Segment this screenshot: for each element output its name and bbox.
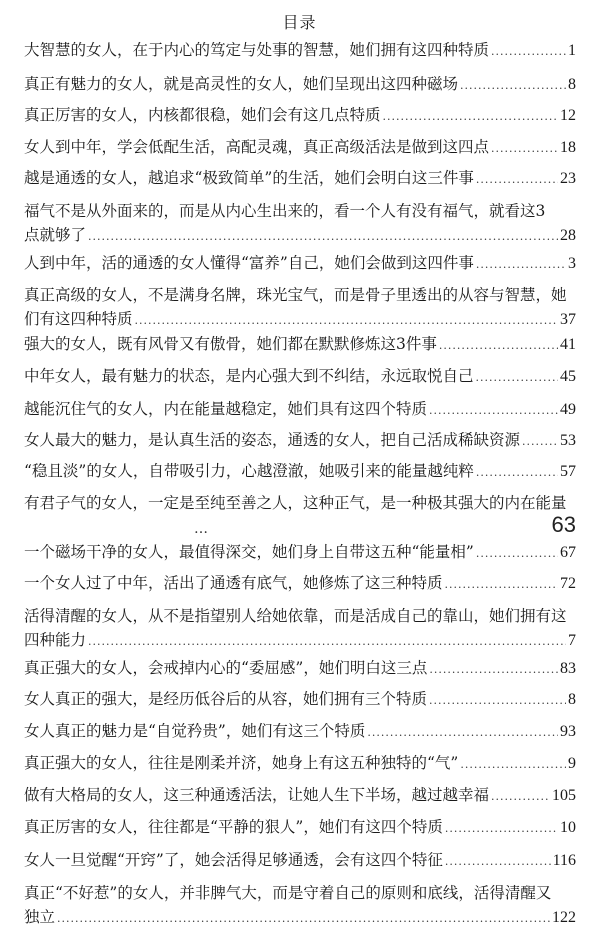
leader-dots xyxy=(135,309,558,333)
page-number: 53 xyxy=(560,429,576,453)
leader-dots xyxy=(439,334,558,358)
entry-title: 女人到中年，学会低配生活，高配灵魂，真正高级活法是做到这四点 xyxy=(24,135,489,159)
toc-entry[interactable]: 越是通透的女人，越追求“极致简单”的生活，她们会明白这三件事23 xyxy=(24,166,576,192)
toc-entry[interactable]: 真正高级的女人，不是满身名牌，珠光宝气，而是骨子里透出的从容与智慧，她 们有这四… xyxy=(24,283,576,333)
page-number: 9 xyxy=(568,752,576,776)
toc-title: 目录 xyxy=(0,10,599,33)
entry-title: 真正强大的女人，会戒掉内心的“委屈感”，她们明白这三点 xyxy=(24,656,427,680)
toc-entry[interactable]: 强大的女人，既有风骨又有傲骨，她们都在默默修炼这3件事41 xyxy=(24,332,576,358)
page-number: 122 xyxy=(552,906,576,929)
page-number: 72 xyxy=(560,572,576,596)
leader-dots xyxy=(88,630,566,654)
leader-dots xyxy=(429,689,566,713)
toc-entry[interactable]: 真正厉害的女人，内核都很稳，她们会有这几点特质12 xyxy=(24,103,576,129)
toc-entry[interactable]: 越能沉住气的女人，内在能量越稳定，她们具有这四个特质49 xyxy=(24,397,576,423)
leader-dots xyxy=(476,461,558,485)
entry-title: 独立 xyxy=(24,905,55,929)
entry-title: 真正强大的女人，往往是刚柔并济，她身上有这五种独特的“气” xyxy=(24,751,458,775)
page-number: 3 xyxy=(568,252,576,276)
entry-title: 女人真正的强大，是经历低谷后的从容，她们拥有三个特质 xyxy=(24,687,427,711)
toc-entry[interactable]: 真正厉害的女人，往往都是“平静的狠人”，她们有这四个特质10 xyxy=(24,815,576,841)
page-number: 41 xyxy=(560,333,576,357)
toc-entry[interactable]: 有君子气的女人，一定是至纯至善之人，这种正气，是一种极其强大的内在能量 … 63 xyxy=(24,491,576,543)
leader-dots xyxy=(429,658,558,682)
entry-title: 女人最大的魅力，是认真生活的姿态，通透的女人，把自己活成稀缺资源 xyxy=(24,428,520,452)
entry-title: 真正厉害的女人，往往都是“平静的狠人”，她们有这四个特质 xyxy=(24,815,443,839)
entry-title: 女人真正的魅力是“自觉矜贵”，她们有这三个特质 xyxy=(24,719,365,743)
toc-entry[interactable]: 女人真正的魅力是“自觉矜贵”，她们有这三个特质93 xyxy=(24,719,576,745)
toc-entry[interactable]: 真正“不好惹”的女人，并非脾气大，而是守着自己的原则和底线，活得清醒又 独立12… xyxy=(24,881,576,929)
leader-dots xyxy=(476,253,566,277)
toc-entry[interactable]: “稳且淡”的女人，自带吸引力，心越澄澈，她吸引来的能量越纯粹57 xyxy=(24,459,576,485)
toc-entry[interactable]: 女人真正的强大，是经历低谷后的从容，她们拥有三个特质8 xyxy=(24,687,576,713)
leader-dots xyxy=(367,721,558,745)
page-number: 105 xyxy=(552,784,576,808)
toc-entry[interactable]: 大智慧的女人，在于内心的笃定与处事的智慧，她们拥有这四种特质1 xyxy=(24,38,576,64)
page-number: 63 xyxy=(552,513,576,537)
toc-entry[interactable]: 福气不是从外面来的，而是从内心生出来的，看一个人有没有福气，就看这3 点就够了2… xyxy=(24,199,576,249)
leader-dots xyxy=(491,40,566,64)
page-number: 12 xyxy=(560,104,576,128)
toc-entry[interactable]: 一个磁场干净的女人，最值得深交，她们身上自带这五种“能量相”67 xyxy=(24,540,576,566)
toc-entry[interactable]: 真正强大的女人，往往是刚柔并济，她身上有这五种独特的“气”9 xyxy=(24,751,576,777)
leader-dots xyxy=(383,105,558,129)
leader-dots xyxy=(460,74,566,98)
toc-entry[interactable]: 中年女人，最有魅力的状态，是内心强大到不纠结，永远取悦自己45 xyxy=(24,364,576,390)
leader-dots xyxy=(476,542,558,566)
entry-title: … xyxy=(194,517,208,541)
page-number: 49 xyxy=(560,398,576,422)
page-number: 10 xyxy=(560,816,576,840)
toc-entry[interactable]: 女人最大的魅力，是认真生活的姿态，通透的女人，把自己活成稀缺资源53 xyxy=(24,428,576,454)
page-number: 1 xyxy=(568,39,576,63)
toc-entry[interactable]: 人到中年，活的通透的女人懂得“富养”自己，她们会做到这四件事3 xyxy=(24,251,576,277)
page-number: 67 xyxy=(560,541,576,565)
entry-title-line1: 活得清醒的女人，从不是指望别人给她依靠，而是活成自己的靠山，她们拥有这 xyxy=(24,604,576,628)
leader-dots xyxy=(476,366,558,390)
leader-dots xyxy=(445,573,558,597)
page-number: 8 xyxy=(568,73,576,97)
entry-title: 们有这四种特质 xyxy=(24,307,133,331)
entry-title-line1: 真正“不好惹”的女人，并非脾气大，而是守着自己的原则和底线，活得清醒又 xyxy=(24,881,576,905)
entry-title: 真正有魅力的女人，就是高灵性的女人，她们呈现出这四种磁场 xyxy=(24,72,458,96)
leader-dots xyxy=(491,785,550,809)
leader-dots xyxy=(445,817,558,841)
leader-dots xyxy=(491,137,558,161)
page-number: 45 xyxy=(560,365,576,389)
page-number: 93 xyxy=(560,720,576,744)
entry-title-line1: 有君子气的女人，一定是至纯至善之人，这种正气，是一种极其强大的内在能量 xyxy=(24,491,576,515)
entry-title-line1: 福气不是从外面来的，而是从内心生出来的，看一个人有没有福气，就看这3 xyxy=(24,199,576,223)
toc-entry[interactable]: 真正有魅力的女人，就是高灵性的女人，她们呈现出这四种磁场8 xyxy=(24,72,576,98)
page-number: 57 xyxy=(560,460,576,484)
entry-title: 一个女人过了中年，活出了通透有底气，她修炼了这三种特质 xyxy=(24,571,443,595)
entry-title: 强大的女人，既有风骨又有傲骨，她们都在默默修炼这3件事 xyxy=(24,332,437,356)
page-number: 28 xyxy=(560,224,576,248)
toc-entry[interactable]: 做有大格局的女人，这三种通透活法，让她人生下半场，越过越幸福105 xyxy=(24,783,576,809)
toc-entry[interactable]: 女人到中年，学会低配生活，高配灵魂，真正高级活法是做到这四点18 xyxy=(24,135,576,161)
entry-title: 点就够了 xyxy=(24,223,86,247)
page-number: 18 xyxy=(560,136,576,160)
page-number: 83 xyxy=(560,657,576,681)
entry-title: 人到中年，活的通透的女人懂得“富养”自己，她们会做到这四件事 xyxy=(24,251,474,275)
toc-entry[interactable]: 一个女人过了中年，活出了通透有底气，她修炼了这三种特质72 xyxy=(24,571,576,597)
leader-dots xyxy=(476,168,558,192)
toc-entry[interactable]: 女人一旦觉醒“开窍”了，她会活得足够通透，会有这四个特征116 xyxy=(24,848,576,874)
leader-dots xyxy=(57,907,550,929)
page-number: 116 xyxy=(553,849,576,873)
entry-title-line1: 真正高级的女人，不是满身名牌，珠光宝气，而是骨子里透出的从容与智慧，她 xyxy=(24,283,576,307)
page-number: 37 xyxy=(560,308,576,332)
entry-title: 女人一旦觉醒“开窍”了，她会活得足够通透，会有这四个特征 xyxy=(24,848,443,872)
leader-dots xyxy=(460,753,566,777)
leader-dots xyxy=(445,850,551,874)
entry-title: 大智慧的女人，在于内心的笃定与处事的智慧，她们拥有这四种特质 xyxy=(24,38,489,62)
entry-title: 一个磁场干净的女人，最值得深交，她们身上自带这五种“能量相” xyxy=(24,540,474,564)
leader-dots xyxy=(522,430,558,454)
toc-entry[interactable]: 真正强大的女人，会戒掉内心的“委屈感”，她们明白这三点83 xyxy=(24,656,576,682)
entry-title: “稳且淡”的女人，自带吸引力，心越澄澈，她吸引来的能量越纯粹 xyxy=(24,459,474,483)
leader-dots xyxy=(88,225,558,249)
entry-title: 四种能力 xyxy=(24,628,86,652)
page-number: 23 xyxy=(560,167,576,191)
leader-dots xyxy=(429,399,558,423)
page-number: 8 xyxy=(568,688,576,712)
toc-entry[interactable]: 活得清醒的女人，从不是指望别人给她依靠，而是活成自己的靠山，她们拥有这 四种能力… xyxy=(24,604,576,654)
entry-title: 越能沉住气的女人，内在能量越稳定，她们具有这四个特质 xyxy=(24,397,427,421)
entry-title: 做有大格局的女人，这三种通透活法，让她人生下半场，越过越幸福 xyxy=(24,783,489,807)
entry-title: 中年女人，最有魅力的状态，是内心强大到不纠结，永远取悦自己 xyxy=(24,364,474,388)
entry-title: 真正厉害的女人，内核都很稳，她们会有这几点特质 xyxy=(24,103,381,127)
page-number: 7 xyxy=(568,629,576,653)
entry-title: 越是通透的女人，越追求“极致简单”的生活，她们会明白这三件事 xyxy=(24,166,474,190)
